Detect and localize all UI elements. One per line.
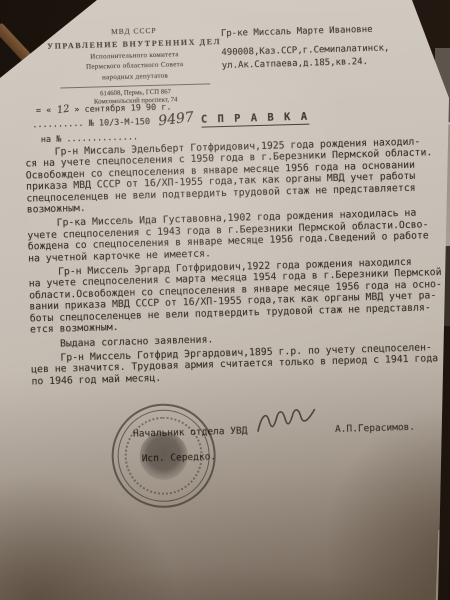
official-round-stamp-icon [110, 402, 217, 509]
signature-handwriting [254, 403, 319, 439]
document-content: МВД СССР УПРАВЛЕНИЕ ВНУТРЕННИХ ДЕЛ Испол… [0, 0, 450, 600]
reply-to-label: на № [41, 135, 62, 146]
document-title: С П Р А В К А [201, 111, 310, 128]
reply-to-dots: .............. [66, 132, 138, 144]
letterhead-ministry: МВД СССР [28, 24, 240, 39]
paragraph-ida: Гр-ка Миссель Ида Густавовна,1902 года р… [27, 207, 448, 264]
handwritten-number: 9497 [158, 113, 194, 125]
recipient-block: Гр-ке Миссаль Марте Ивановне 490008,Каз.… [221, 22, 437, 73]
paragraph-edelbert: Гр-н Миссаль Эдельберт Готфридович,1925 … [25, 136, 447, 216]
signer-name: А.П.Герасимов. [335, 422, 415, 435]
reply-to-line: на № .............. [41, 132, 139, 145]
recipient-name: Гр-ке Миссаль Марте Ивановне [221, 22, 436, 41]
date-open-quote: « [46, 106, 51, 116]
document-body: Гр-н Миссаль Эдельберт Готфридович,1925 … [25, 136, 450, 391]
leader-dots: .......... [32, 119, 83, 130]
paragraph-ergard: Гр-н Миссель Эргард Готфридович,1922 год… [28, 256, 450, 336]
date-close-quote: » [74, 105, 79, 115]
document-sheet: МВД СССР УПРАВЛЕНИЕ ВНУТРЕННИХ ДЕЛ Испол… [0, 0, 450, 600]
handwritten-day: 12 [56, 104, 70, 117]
date-month: сентября [84, 104, 125, 115]
photo-of-document: МВД СССР УПРАВЛЕНИЕ ВНУТРЕННИХ ДЕЛ Испол… [0, 0, 450, 600]
document-number: № 10/3-М-150 [89, 117, 151, 129]
margin-mark: = [36, 106, 41, 116]
letterhead: МВД СССР УПРАВЛЕНИЕ ВНУТРЕННИХ ДЕЛ Испол… [28, 24, 242, 108]
